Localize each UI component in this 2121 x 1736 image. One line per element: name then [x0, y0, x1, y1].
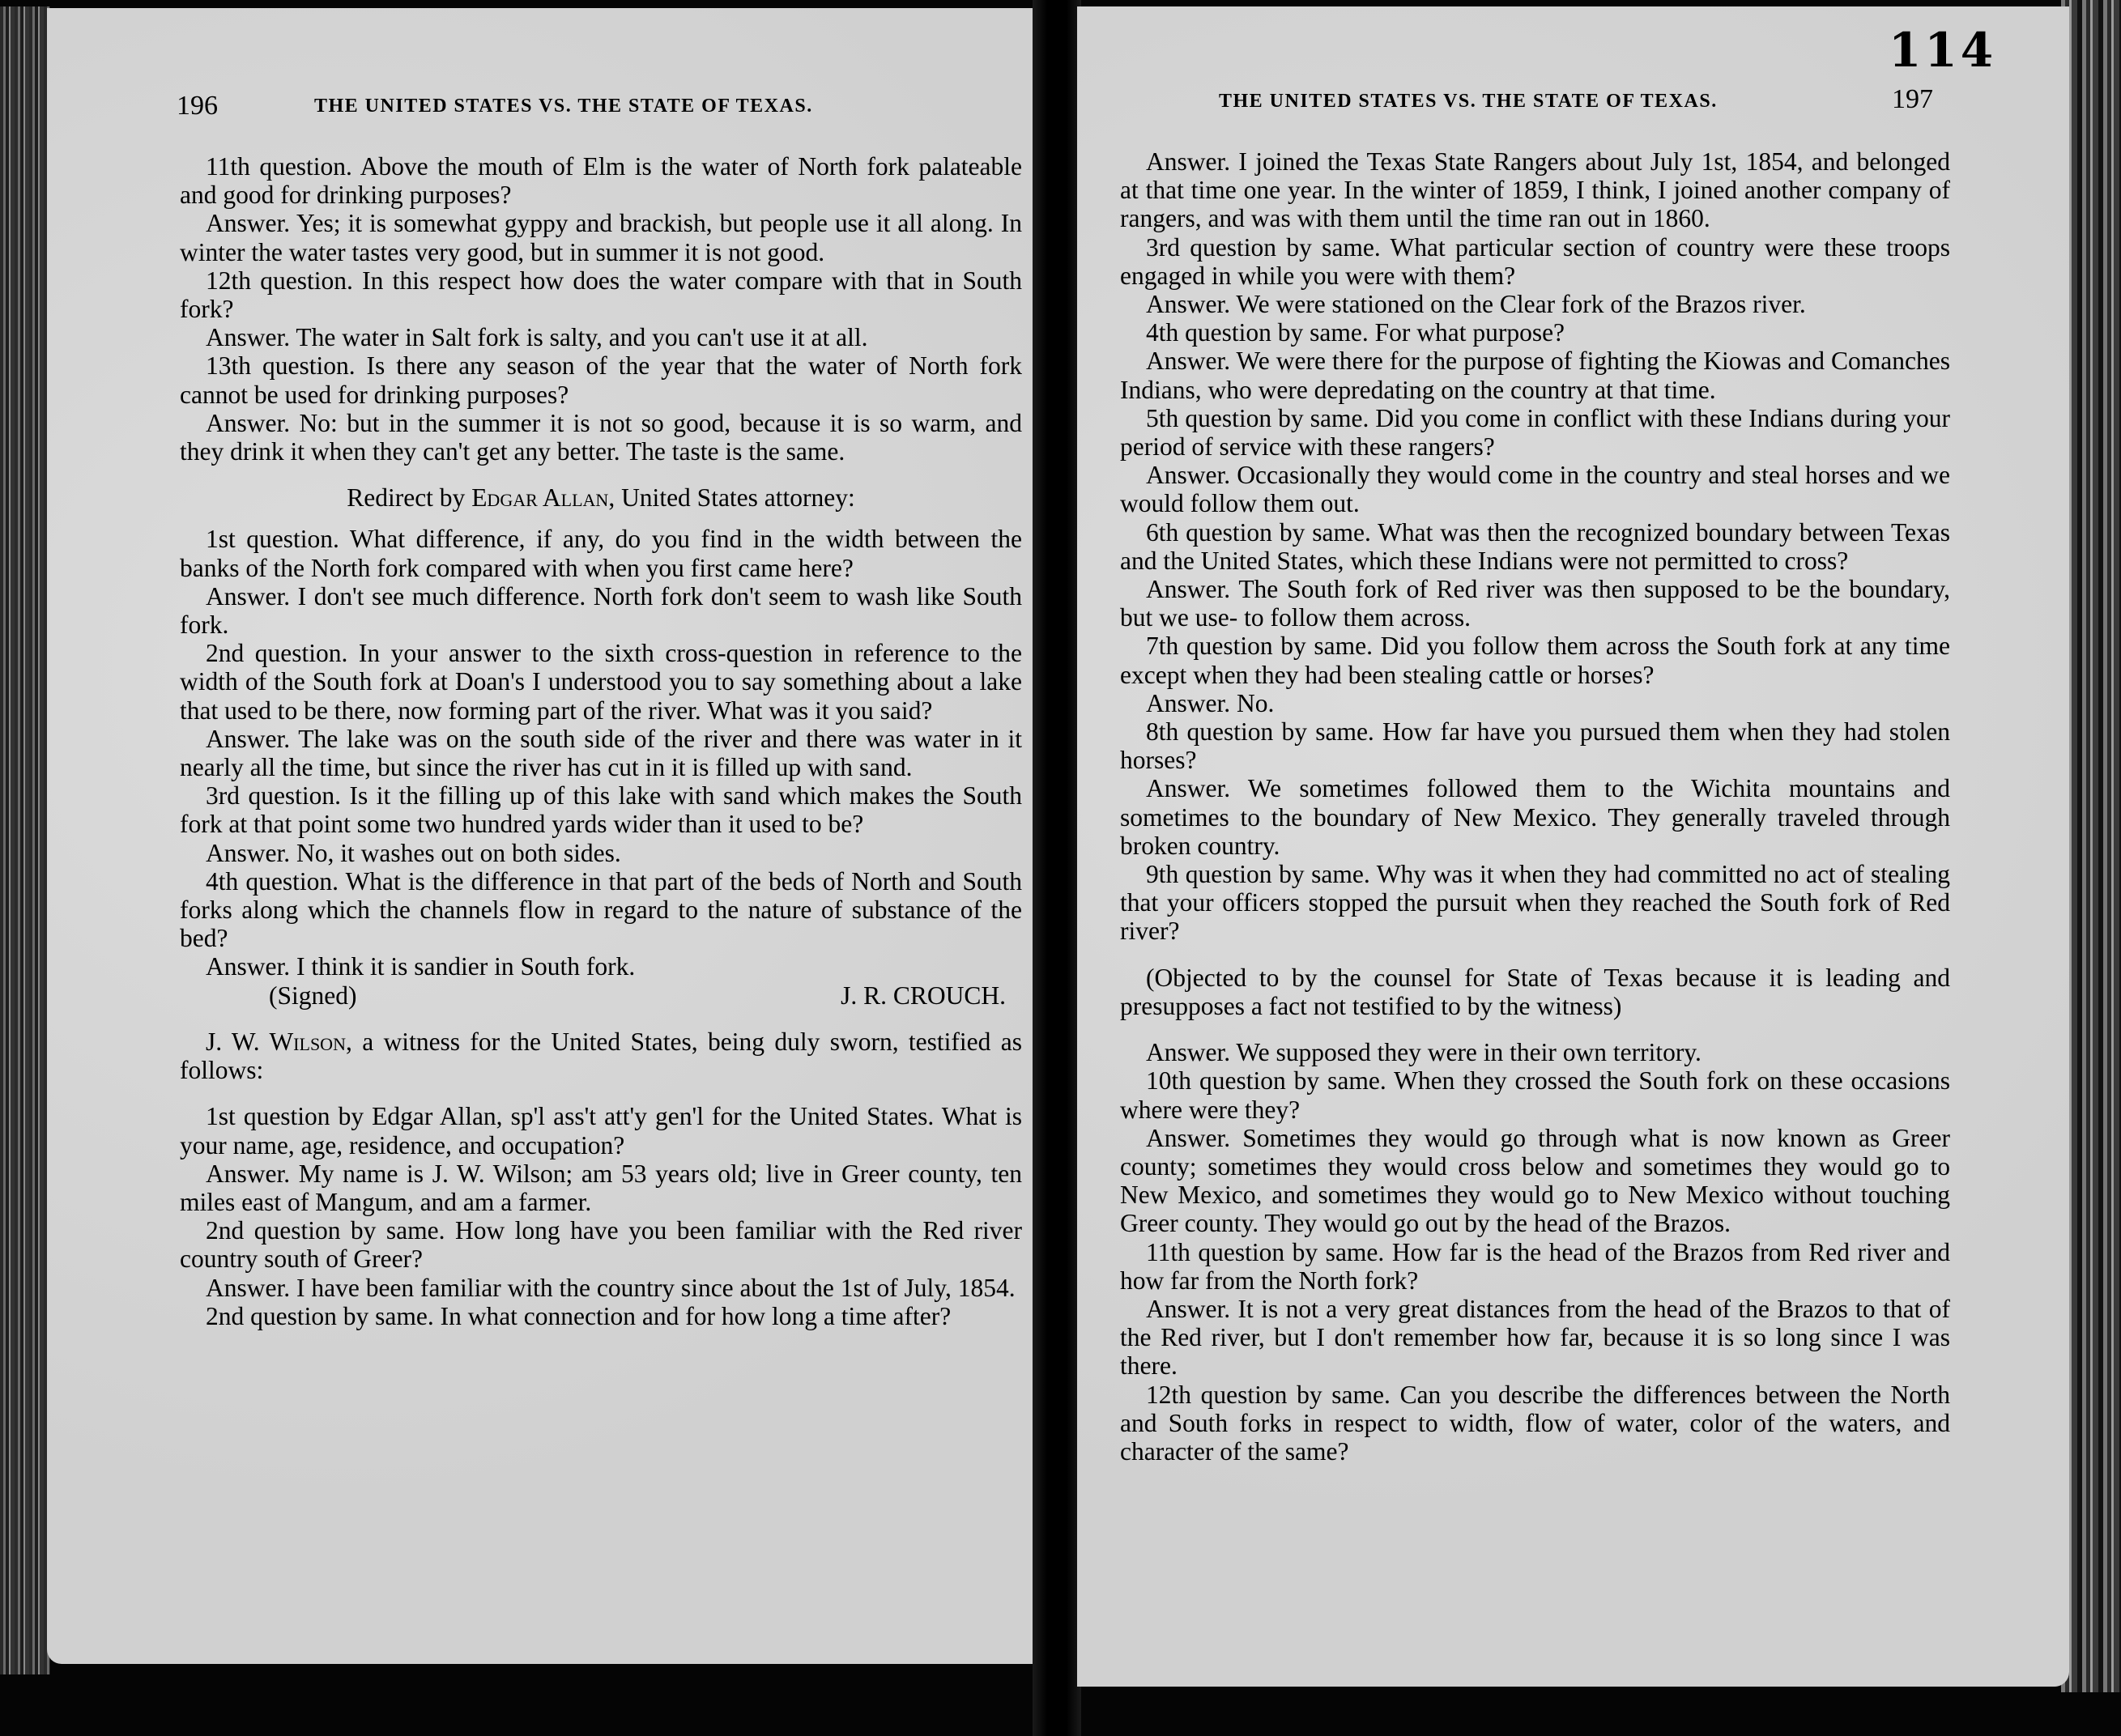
- paragraph: Answer. My name is J. W. Wilson; am 53 y…: [180, 1159, 1022, 1216]
- paragraph: 8th question by same. How far have you p…: [1120, 717, 1950, 774]
- paragraph: 7th question by same. Did you follow the…: [1120, 632, 1950, 688]
- paragraph: 4th question. What is the difference in …: [180, 867, 1022, 953]
- paragraph: Answer. Sometimes they would go through …: [1120, 1124, 1950, 1238]
- left-running-head: THE UNITED STATES VS. THE STATE OF TEXAS…: [314, 96, 813, 117]
- right-page-body: Answer. I joined the Texas State Rangers…: [1120, 147, 1950, 1466]
- paragraph: 11th question by same. How far is the he…: [1120, 1238, 1950, 1295]
- paragraph: Answer. I joined the Texas State Rangers…: [1120, 147, 1950, 233]
- paragraph: 9th question by same. Why was it when th…: [1120, 860, 1950, 946]
- paragraph: 3rd question by same. What particular se…: [1120, 233, 1950, 290]
- paragraph: 12th question. In this respect how does …: [180, 266, 1022, 323]
- paragraph: 2nd question. In your answer to the sixt…: [180, 639, 1022, 725]
- paragraph: Answer. No, it washes out on both sides.: [180, 839, 1022, 867]
- folio-stamp: 114: [1889, 23, 1996, 78]
- paragraph: 4th question by same. For what purpose?: [1120, 318, 1950, 347]
- paragraph: Answer. I don't see much difference. Nor…: [180, 582, 1022, 639]
- attorney-name: Edgar Allan: [471, 483, 608, 512]
- paragraph: Answer. I think it is sandier in South f…: [180, 952, 1022, 981]
- right-page-number: 197: [1892, 84, 1933, 115]
- witness-name: J. W. Wilson: [206, 1028, 346, 1056]
- left-page-body: 11th question. Above the mouth of Elm is…: [180, 152, 1022, 1330]
- paragraph: 1st question by Edgar Allan, sp'l ass't …: [180, 1102, 1022, 1159]
- paragraph: Answer. No: but in the summer it is not …: [180, 409, 1022, 466]
- paragraph: 12th question by same. Can you describe …: [1120, 1381, 1950, 1466]
- paragraph: Answer. Yes; it is somewhat gyppy and br…: [180, 209, 1022, 266]
- paragraph: 5th question by same. Did you come in co…: [1120, 404, 1950, 461]
- left-page-number: 196: [177, 91, 218, 121]
- objection-note: (Objected to by the counsel for State of…: [1120, 964, 1950, 1020]
- paragraph: Answer. We were there for the purpose of…: [1120, 347, 1950, 403]
- paragraph: 2nd question by same. How long have you …: [180, 1216, 1022, 1273]
- paragraph: 13th question. Is there any season of th…: [180, 351, 1022, 408]
- paragraph: Answer. We sometimes followed them to th…: [1120, 774, 1950, 860]
- paragraph: 6th question by same. What was then the …: [1120, 518, 1950, 575]
- paragraph: 10th question by same. When they crossed…: [1120, 1066, 1950, 1123]
- left-page-edges: [0, 6, 50, 1674]
- paragraph: Answer. The water in Salt fork is salty,…: [180, 323, 1022, 351]
- paragraph: Answer. Occasionally they would come in …: [1120, 461, 1950, 517]
- signature-line: (Signed)J. R. CROUCH.: [180, 981, 1022, 1010]
- redirect-heading: Redirect by Edgar Allan, United States a…: [180, 483, 1022, 512]
- paragraph: 3rd question. Is it the filling up of th…: [180, 781, 1022, 838]
- paragraph: 2nd question by same. In what connection…: [180, 1302, 1022, 1330]
- signed-label: (Signed): [269, 981, 356, 1010]
- book-gutter: [1033, 0, 1081, 1736]
- paragraph: 11th question. Above the mouth of Elm is…: [180, 152, 1022, 209]
- paragraph: Answer. It is not a very great distances…: [1120, 1295, 1950, 1381]
- right-running-head: THE UNITED STATES VS. THE STATE OF TEXAS…: [1219, 91, 1718, 113]
- paragraph: Answer. I have been familiar with the co…: [180, 1274, 1022, 1302]
- paragraph: Answer. We were stationed on the Clear f…: [1120, 290, 1950, 318]
- witness-intro: J. W. Wilson, a witness for the United S…: [180, 1028, 1022, 1084]
- paragraph: Answer. The lake was on the south side o…: [180, 725, 1022, 781]
- paragraph: Answer. The South fork of Red river was …: [1120, 575, 1950, 632]
- open-book-scan: 196 THE UNITED STATES VS. THE STATE OF T…: [0, 0, 2121, 1736]
- signatory-name: J. R. CROUCH.: [841, 981, 1006, 1010]
- paragraph: Answer. No.: [1120, 689, 1950, 717]
- paragraph: Answer. We supposed they were in their o…: [1120, 1038, 1950, 1066]
- paragraph: 1st question. What difference, if any, d…: [180, 525, 1022, 581]
- right-page-edges: [2061, 0, 2121, 1692]
